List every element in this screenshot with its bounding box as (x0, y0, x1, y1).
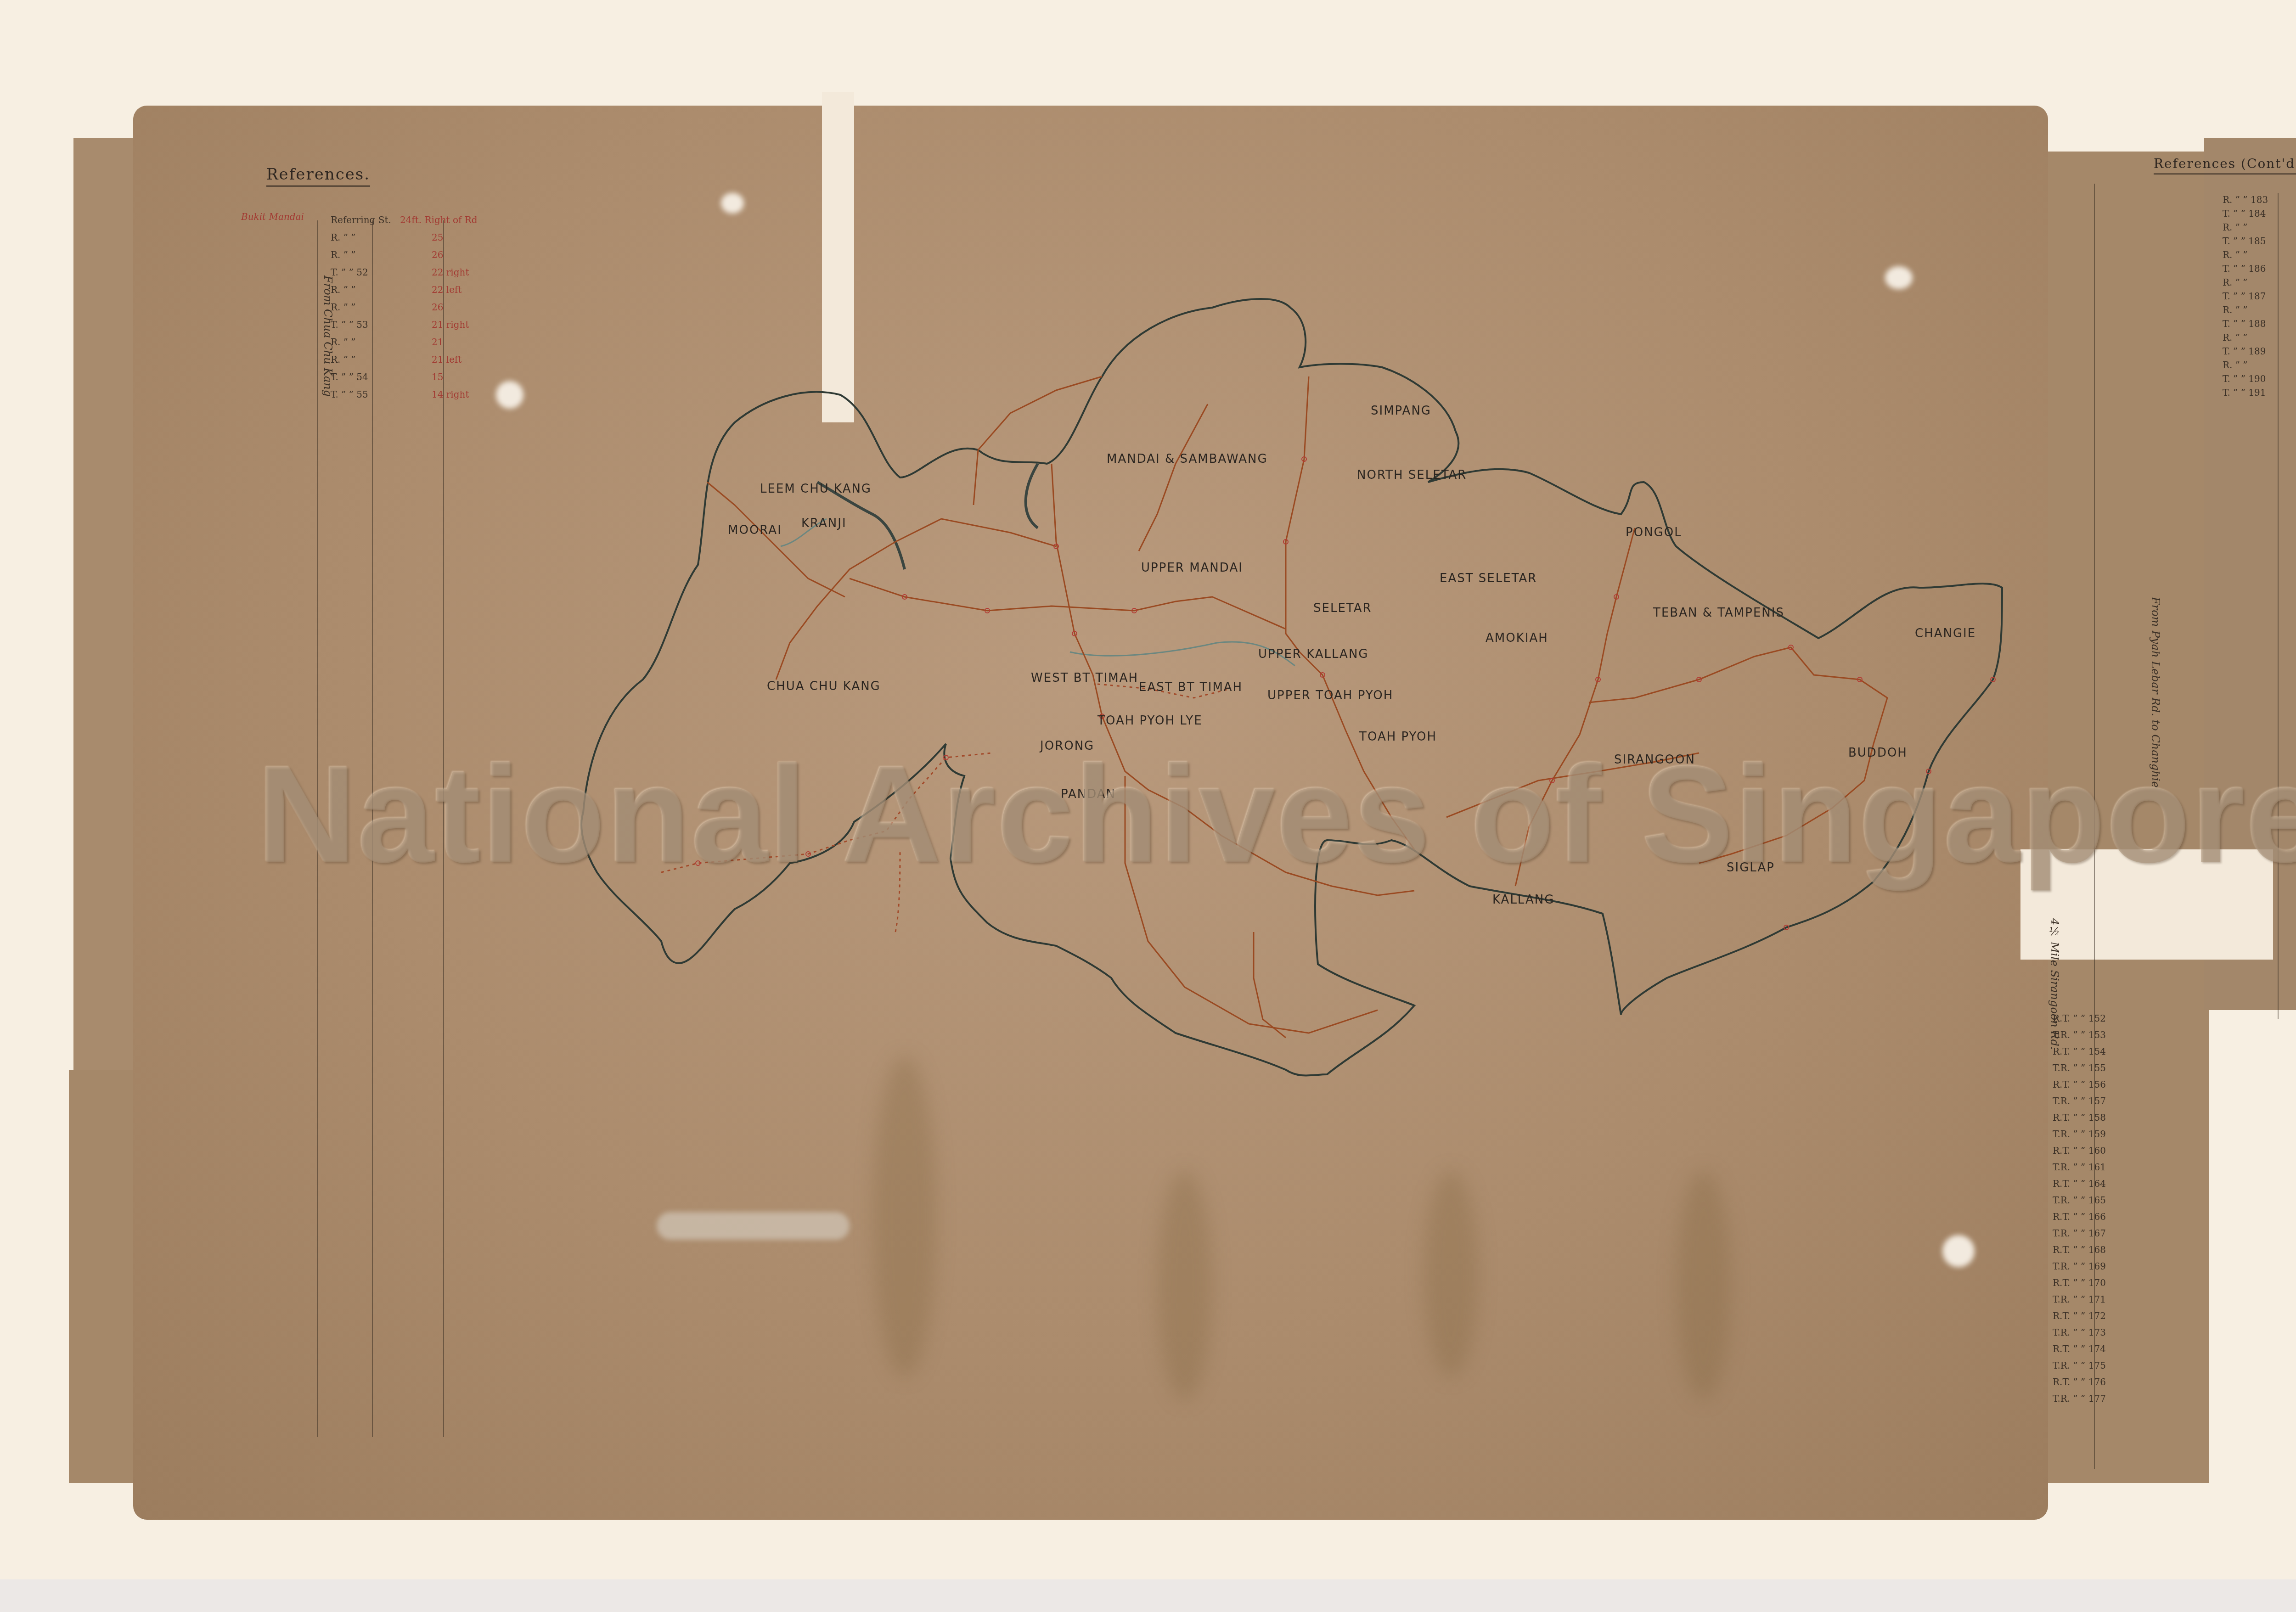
district-label: EAST SELETAR (1440, 572, 1537, 585)
district-label: CHUA CHU KANG (767, 680, 881, 693)
district-label: KRANJI (801, 517, 847, 530)
district-label: MANDAI & SAMBAWANG (1107, 452, 1268, 466)
road-network (707, 376, 1887, 1038)
district-label: TEBAN & TAMPENIS (1653, 606, 1784, 620)
river (817, 464, 1038, 569)
district-label: UPPER TOAH PYOH (1267, 689, 1393, 702)
archive-watermark: National Archives of Singapore (257, 735, 2296, 893)
district-label: MOORAI (728, 523, 782, 537)
district-label: TOAH PYOH LYE (1097, 714, 1203, 728)
district-label: SIMPANG (1371, 404, 1431, 418)
district-label: UPPER MANDAI (1141, 561, 1243, 575)
district-label: EAST BT TIMAH (1139, 680, 1243, 694)
district-label: NORTH SELETAR (1357, 468, 1467, 482)
district-label: AMOKIAH (1486, 631, 1548, 645)
district-label: SELETAR (1313, 601, 1372, 615)
district-label: UPPER KALLANG (1258, 647, 1368, 661)
district-label: WEST BT TIMAH (1031, 671, 1138, 685)
district-label: CHANGIE (1915, 627, 1976, 640)
district-label: PONGOL (1626, 526, 1682, 539)
district-label: KALLANG (1492, 893, 1554, 907)
district-label: LEEM CHU KANG (760, 482, 872, 496)
